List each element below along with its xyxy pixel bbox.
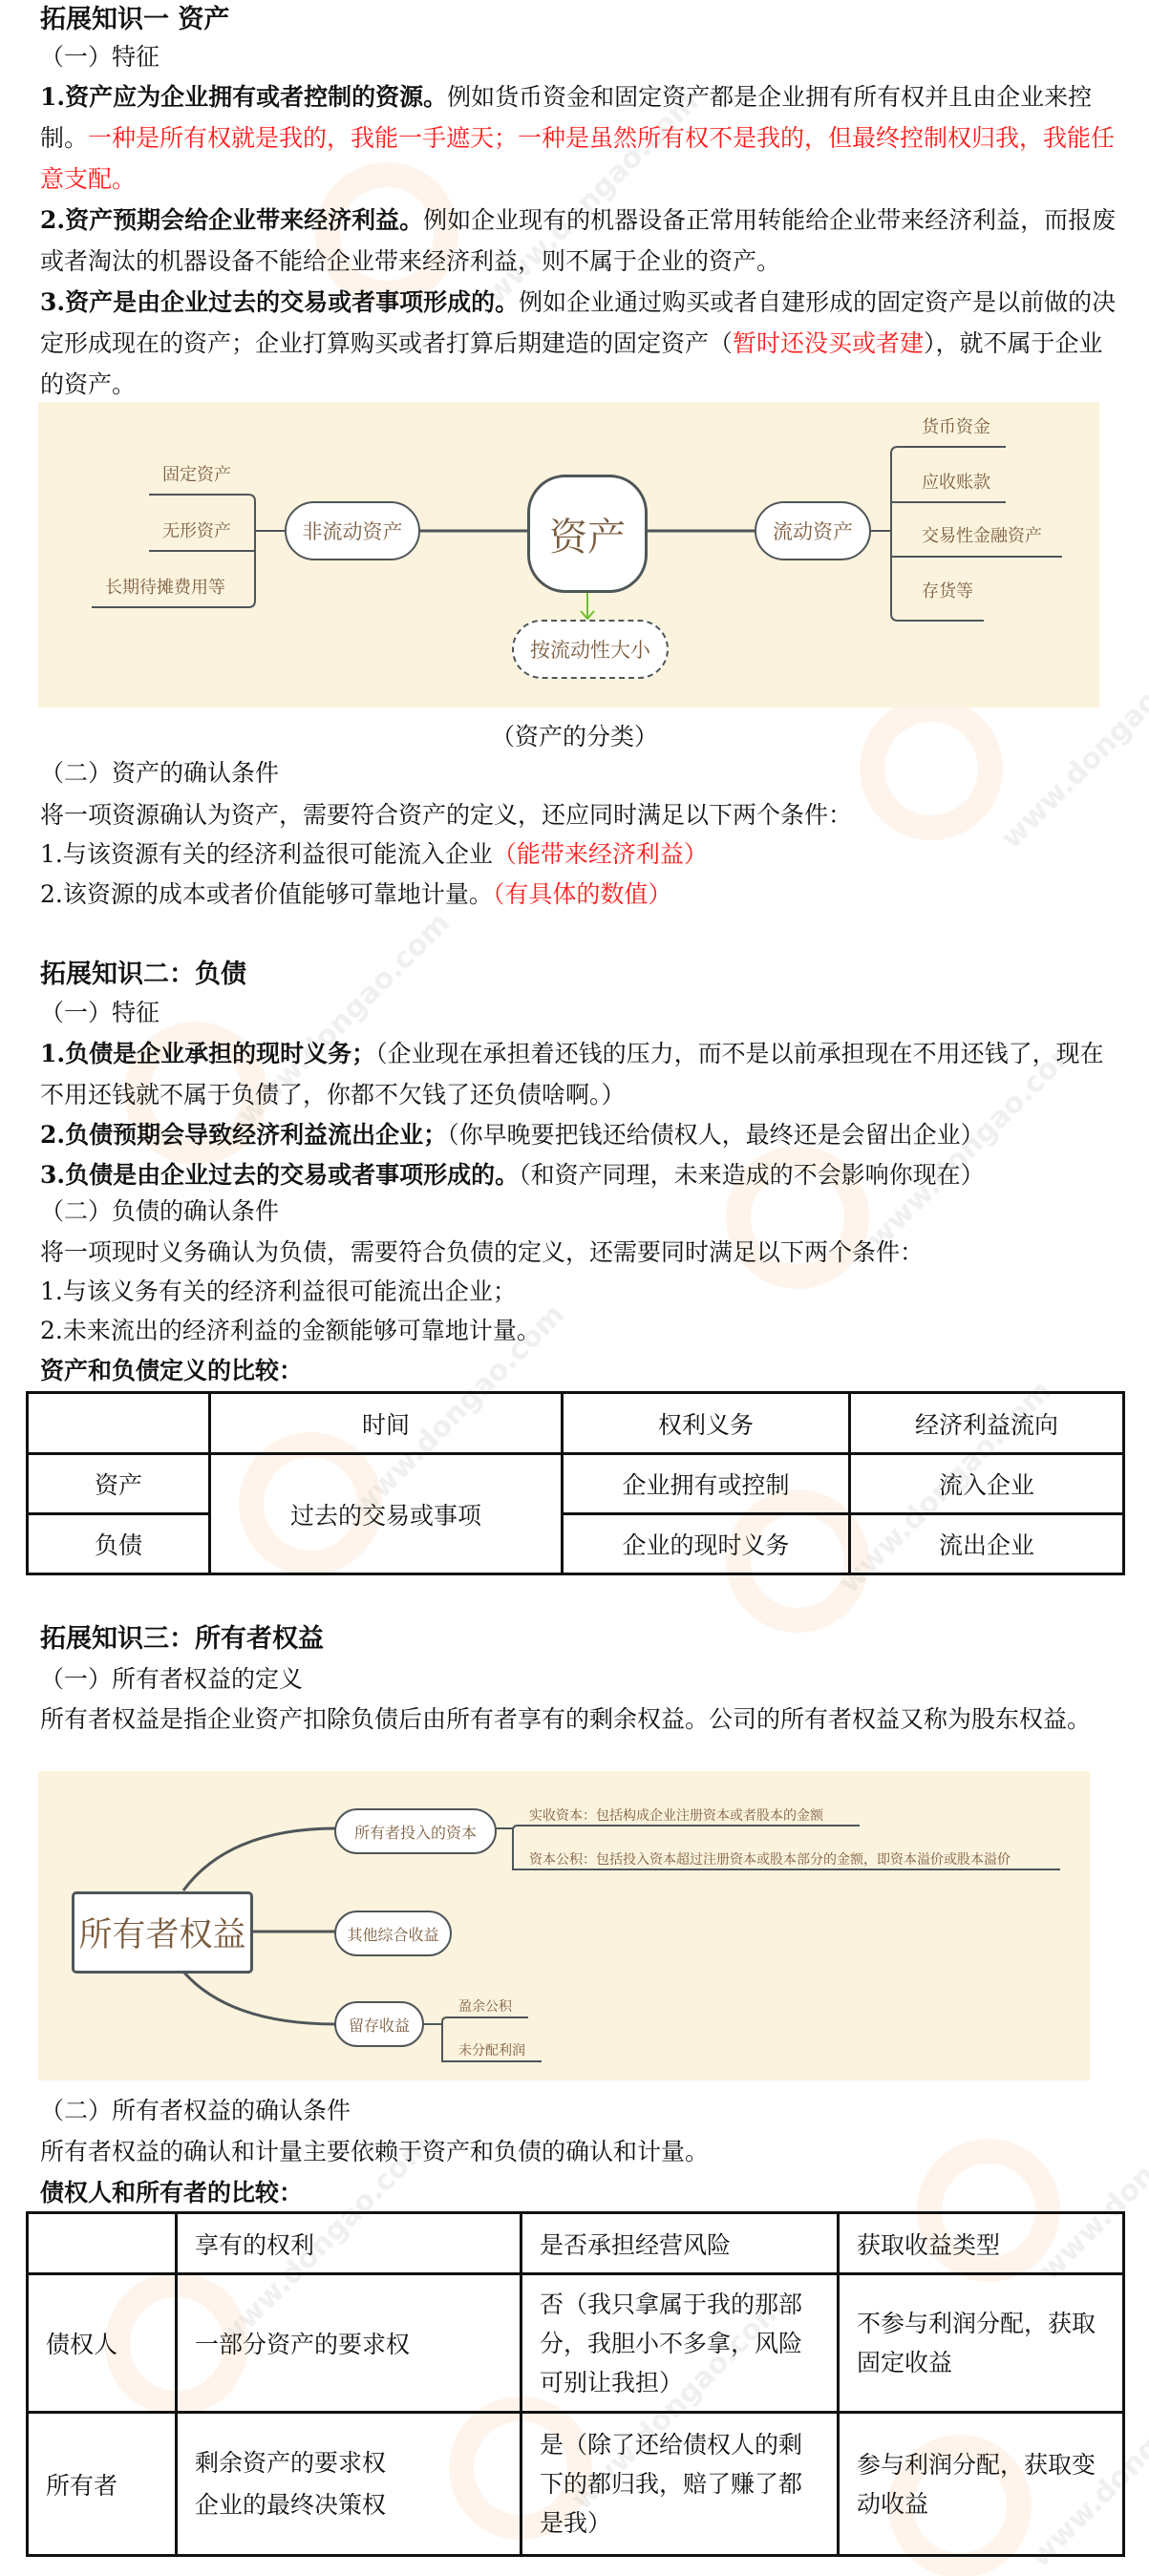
table-header-cell [28,2213,177,2274]
asset-classification-mindmap: 固定资产 无形资产 长期待摊费用等 非流动资产 资产 流动资产 按流动性大小 货… [38,402,1099,707]
mindmap-leaf: 货币资金 [922,413,990,438]
asset-feature-1: 1.资产应为企业拥有或者控制的资源。例如货币资金和固定资产都是企业拥有所有权并且… [40,76,1117,200]
equity-definition: 所有者权益是指企业资产扣除负债后由所有者享有的剩余权益。公司的所有者权益又称为股… [40,1699,1117,1740]
asset-liability-comparison-table: 时间 权利义务 经济利益流向 资产 过去的交易或事项 企业拥有或控制 流入企业 … [26,1391,1125,1575]
equity-recognition-text: 所有者权益的确认和计量主要依赖于资产和负债的确认和计量。 [40,2131,1117,2172]
flow-cell: 流入企业 [850,1454,1124,1514]
feature-text: （和资产同理，未来造成的不会影响你现在） [519,1161,985,1189]
feature-bold: 2.资产预期会给企业带来经济利益。 [40,206,423,234]
feature-text: （你早晚要把钱还给债权人，最终还是会留出企业） [447,1121,985,1149]
table-row: 所有者 剩余资产的要求权 企业的最终决策权 是（除了还给债权人的剩下的都归我，赔… [28,2413,1124,2556]
subheading-equity-recognition: （二）所有者权益的确认条件 [40,2094,351,2128]
time-cell-merged: 过去的交易或事项 [210,1454,563,1574]
feature-bold: 1.资产应为企业拥有或者控制的资源。 [40,83,447,111]
feature-bold: 3.资产是由企业过去的交易或者事项形成的。 [40,288,519,316]
feature-bold: 1.负债是企业承担的现时义务； [40,1040,375,1067]
mindmap-leaf: 无形资产 [162,517,231,542]
section-title-liabilities: 拓展知识二：负债 [40,957,246,993]
rights-cell: 剩余资产的要求权 企业的最终决策权 [177,2413,521,2556]
table-header-cell [28,1393,210,1454]
table-header-row: 时间 权利义务 经济利益流向 [28,1393,1124,1454]
rights-cell: 企业拥有或控制 [563,1454,850,1514]
subheading-asset-recognition: （二）资产的确认条件 [40,756,279,791]
asset-feature-2: 2.资产预期会给企业带来经济利益。例如企业现有的机器设备正常用转能给企业带来经济… [40,200,1117,282]
mindmap-leaf: 长期待摊费用等 [105,574,225,599]
row-label: 负债 [28,1514,210,1574]
row-label: 资产 [28,1454,210,1514]
mindmap-leaf: 资本公积：包括投入资本超过注册资本或股本部分的金额，即资本溢价或股本溢价 [529,1849,1011,1869]
mindmap-leaf: 应收账款 [922,469,990,494]
feature-bold: 2.负债预期会导致经济利益流出企业； [40,1121,447,1149]
mindmap-leaf: 盈余公积 [458,1996,512,2016]
liability-condition-1: 1.与该义务有关的经济利益很可能流出企业； [40,1271,1117,1312]
table-row: 资产 过去的交易或事项 企业拥有或控制 流入企业 [28,1454,1124,1514]
rights-cell: 企业的现时义务 [563,1514,850,1574]
table-row: 债权人 一部分资产的要求权 否（我只拿属于我的那部分，我胆小不多拿，风险可别让我… [28,2274,1124,2413]
mindmap-leaf: 实收资本：包括构成企业注册资本或者股本的金额 [529,1805,823,1825]
equity-composition-mindmap: 所有者权益 所有者投入的资本 其他综合收益 留存收益 实收资本：包括构成企业注册… [38,1771,1090,2080]
risk-cell: 否（我只拿属于我的那部分，我胆小不多拿，风险可别让我担） [521,2274,839,2413]
row-label: 所有者 [28,2413,177,2556]
condition-text: 2.该资源的成本或者价值能够可靠地计量。 [40,880,493,908]
mindmap-branch-contributed-capital: 所有者投入的资本 [334,1808,497,1854]
liability-feature-2: 2.负债预期会导致经济利益流出企业；（你早晚要把钱还给债权人，最终还是会留出企业… [40,1114,1117,1155]
table-header-cell: 享有的权利 [177,2213,521,2274]
rights-cell: 一部分资产的要求权 [177,2274,521,2413]
mindmap-center-equity: 所有者权益 [72,1891,253,1974]
liability-condition-2: 2.未来流出的经济利益的金额能够可靠地计量。 [40,1310,1117,1351]
condition-note-red: （有具体的数值） [493,880,672,908]
row-label: 债权人 [28,2274,177,2413]
asset-condition-1: 1.与该资源有关的经济利益很可能流入企业（能带来经济利益） [40,834,1117,875]
subheading-equity-definition: （一）所有者权益的定义 [40,1662,303,1697]
income-cell: 不参与利润分配，获取固定收益 [839,2274,1124,2413]
creditor-owner-comparison-table: 享有的权利 是否承担经营风险 获取收益类型 债权人 一部分资产的要求权 否（我只… [26,2211,1125,2557]
mindmap-leaf: 交易性金融资产 [922,522,1042,547]
table-row: 负债 企业的现时义务 流出企业 [28,1514,1124,1574]
subheading-features: （一）特征 [40,996,160,1030]
subheading-liability-recognition: （二）负债的确认条件 [40,1194,279,1229]
risk-cell: 是（除了还给债权人的剩下的都归我，赔了赚了都是我） [521,2413,839,2556]
section-title-equity: 拓展知识三：所有者权益 [40,1621,324,1658]
table-header-cell: 权利义务 [563,1393,850,1454]
mindmap-leaf: 未分配利润 [458,2040,525,2059]
liability-feature-3: 3.负债是由企业过去的交易或者事项形成的。（和资产同理，未来造成的不会影响你现在… [40,1154,1117,1195]
condition-text: 1.与该资源有关的经济利益很可能流入企业 [40,840,493,868]
mindmap-branch-current: 流动资产 [755,501,871,560]
mindmap-branch-retained-earnings: 留存收益 [334,2001,424,2047]
table-title-creditor-owner: 债权人和所有者的比较： [40,2172,1117,2213]
feature-note-red: 一种是所有权就是我的，我能一手遮天；一种是虽然所有权不是我的，但最终控制权归我，… [40,124,1115,193]
table-header-cell: 经济利益流向 [850,1393,1124,1454]
feature-note-red: 暂时还没买或者建 [733,329,924,357]
mindmap-branch-oci: 其他综合收益 [334,1911,452,1956]
asset-feature-3: 3.资产是由企业过去的交易或者事项形成的。例如企业通过购买或者自建形成的固定资产… [40,282,1117,405]
feature-bold: 3.负债是由企业过去的交易或者事项形成的。 [40,1161,519,1189]
condition-note-red: （能带来经济利益） [493,840,708,868]
liability-feature-1: 1.负债是企业承担的现时义务；（企业现在承担着还钱的压力，而不是以前承担现在不用… [40,1033,1117,1115]
section-title-assets: 拓展知识一 资产 [40,2,229,38]
mindmap-leaf: 固定资产 [162,461,231,486]
table-header-cell: 获取收益类型 [839,2213,1124,2274]
asset-recognition-intro: 将一项资源确认为资产，需要符合资产的定义，还应同时满足以下两个条件： [40,794,1117,835]
mindmap-center-assets: 资产 [527,475,648,593]
table-header-cell: 时间 [210,1393,563,1454]
income-cell: 参与利润分配，获取变动收益 [839,2413,1124,2556]
table-title-asset-liability: 资产和负债定义的比较： [40,1350,1117,1391]
liability-recognition-intro: 将一项现时义务确认为负债，需要符合负债的定义，还需要同时满足以下两个条件： [40,1232,1117,1273]
subheading-features: （一）特征 [40,40,160,74]
table-header-cell: 是否承担经营风险 [521,2213,839,2274]
mindmap-branch-noncurrent: 非流动资产 [285,501,420,560]
flow-cell: 流出企业 [850,1514,1124,1574]
asset-condition-2: 2.该资源的成本或者价值能够可靠地计量。（有具体的数值） [40,874,1117,915]
mindmap-leaf: 存货等 [922,578,973,602]
mindmap-note-liquidity: 按流动性大小 [512,620,669,679]
mindmap-caption: （资产的分类） [0,718,1149,752]
table-header-row: 享有的权利 是否承担经营风险 获取收益类型 [28,2213,1124,2274]
